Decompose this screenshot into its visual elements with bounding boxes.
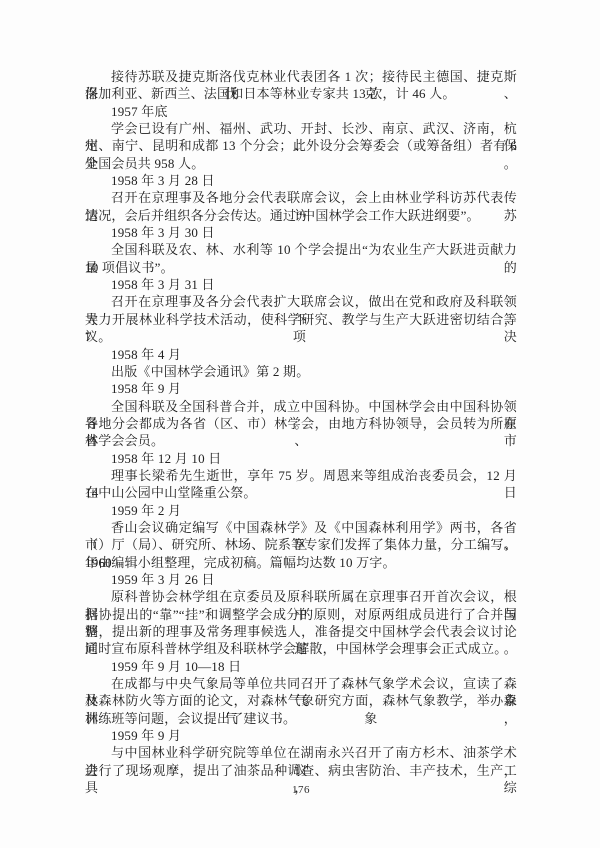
text-line: 大力开展林业科学技术活动，使科学研究、教学与生产大跃进密切结合等 7 项决 [85, 311, 517, 328]
text-line: 科协提出的“靠”“挂”和调整学会成分的原则，对原两组成员进行了合并与调 [85, 606, 517, 623]
paragraph: 香山会议确定编写《中国森林学》及《中国森林利用学》两书，各省（区、市）厅（局）、… [85, 519, 517, 571]
date-heading: 1958 年 3 月 31 日 [85, 276, 517, 293]
text-line: 理事长梁希先生逝世，享年 75 岁。周恩来等组成治丧委员会，12 月 14 日 [85, 467, 517, 484]
text-line: 整，提出新的理事及常务理事候选人，准备提交中国林学会代表会议讨论通过。 [85, 623, 517, 640]
paragraph: 接待苏联及捷克斯洛伐克林业代表团各 1 次；接待民主德国、捷克斯洛伐克、保加利亚… [85, 68, 517, 103]
date-heading: 1959 年 3 月 26 日 [85, 571, 517, 588]
date-heading: 1958 年 3 月 30 日 [85, 224, 517, 241]
text-line: 出版《中国林学会通讯》第 2 期。 [85, 363, 517, 380]
date-heading: 1958 年 3 月 28 日 [85, 172, 517, 189]
text-line: 保加利亚、新西兰、法国和日本等林业专家共 13 次，计 46 人。 [85, 85, 517, 102]
text-line: 情况，会后并组织各分会传达。通过“中国林学会工作大跃进纲要”。 [85, 207, 517, 224]
paragraph: 在成都与中央气象局等单位共同召开了森林气象学术会议，宣读了森林气象及森林防火等方… [85, 675, 517, 727]
page-number: 176 [85, 784, 517, 796]
text-line: 1958 年 9 月 [85, 380, 517, 397]
text-line: 1959 年 3 月 26 日 [85, 571, 517, 588]
text-line: 学会已设有广州、福州、武功、开封、长沙、南京、武汉、济南，杭州、保 [85, 120, 517, 137]
text-line: 定、南宁、昆明和成都 13 个分会；此外设分会筹委会（或筹备组）者有 6 处。 [85, 137, 517, 154]
paragraph: 召开在京理事及各地分会代表联席会议，会上由林业学科访苏代表传达访苏情况，会后并组… [85, 189, 517, 224]
text-line: 全国科联及全国科普合并，成立中国科协。中国林学会由中国科协领导。原 [85, 398, 517, 415]
text-line: 原科普协会林学组在京委员及原科联所属在京理事召开首次会议，根据中国 [85, 588, 517, 605]
date-heading: 1958 年 9 月 [85, 380, 517, 397]
text-line: 1959 年 2 月 [85, 502, 517, 519]
document-body: 接待苏联及捷克斯洛伐克林业代表团各 1 次；接待民主德国、捷克斯洛伐克、保加利亚… [85, 68, 517, 779]
text-line: 同时宣布原科普林学组及科联林学会解散，中国林学会理事会正式成立。 [85, 640, 517, 657]
text-line: 1959 年 9 月 10—18 日 [85, 658, 517, 675]
text-line: 召开在京理事及各分会代表扩大联席会议，做出在党和政府及科联领导下， [85, 293, 517, 310]
text-line: 香山会议确定编写《中国森林学》及《中国森林利用学》两书，各省（区、 [85, 519, 517, 536]
text-line: 及森林防火等方面的论文，对森林气象研究方面，森林气象教学，举办森林气象， [85, 692, 517, 709]
paragraph: 全国科联及全国科普合并，成立中国科协。中国林学会由中国科协领导。原各地分会都成为… [85, 398, 517, 450]
text-line: 接待苏联及捷克斯洛伐克林业代表团各 1 次；接待民主德国、捷克斯洛伐克、 [85, 68, 517, 85]
date-heading: 1958 年 4 月 [85, 346, 517, 363]
text-line: 1958 年 4 月 [85, 346, 517, 363]
paragraph: 原科普协会林学组在京委员及原科联所属在京理事召开首次会议，根据中国科协提出的“靠… [85, 588, 517, 657]
text-line: 年由编辑小组整理，完成初稿。篇幅均达数 10 万字。 [85, 554, 517, 571]
paragraph: 召开在京理事及各分会代表扩大联席会议，做出在党和政府及科联领导下，大力开展林业科… [85, 293, 517, 345]
text-line: 1958 年 3 月 28 日 [85, 172, 517, 189]
paragraph: 理事长梁希先生逝世，享年 75 岁。周恩来等组成治丧委员会，12 月 14 日在… [85, 467, 517, 502]
text-line: 召开在京理事及各地分会代表联席会议，会上由林业学科访苏代表传达访苏 [85, 189, 517, 206]
paragraph: 全国科联及农、林、水利等 10 个学会提出“为农业生产大跃进贡献力量的10 项倡… [85, 241, 517, 276]
text-line: 1958 年 12 月 10 日 [85, 450, 517, 467]
text-line: 全国科联及农、林、水利等 10 个学会提出“为农业生产大跃进贡献力量的 [85, 241, 517, 258]
text-line: 1959 年 9 月 [85, 727, 517, 744]
text-line: 在成都与中央气象局等单位共同召开了森林气象学术会议，宣读了森林气象 [85, 675, 517, 692]
text-line: 1958 年 3 月 31 日 [85, 276, 517, 293]
date-heading: 1959 年 2 月 [85, 502, 517, 519]
text-line: 各地分会都成为各省（区、市）林学会，由地方科协领导，会员转为所在省、市 [85, 415, 517, 432]
date-heading: 1959 年 9 月 [85, 727, 517, 744]
date-heading: 1959 年 9 月 10—18 日 [85, 658, 517, 675]
text-line: 进行了现场观摩，提出了油茶品种调查、病虫害防治、丰产技术，生产工具，综 [85, 762, 517, 779]
text-line: 市）厅（局）、研究所、林场、院系等专家们发挥了集体力量，分工编写。1960 [85, 536, 517, 553]
text-line: 1958 年 3 月 30 日 [85, 224, 517, 241]
paragraph: 与中国林业科学研究院等单位在湖南永兴召开了南方杉木、油茶学术会议，进行了现场观摩… [85, 744, 517, 779]
book-page: 接待苏联及捷克斯洛伐克林业代表团各 1 次；接待民主德国、捷克斯洛伐克、保加利亚… [0, 0, 600, 848]
text-line: 与中国林业科学研究院等单位在湖南永兴召开了南方杉木、油茶学术会议， [85, 744, 517, 761]
paragraph: 出版《中国林学会通讯》第 2 期。 [85, 363, 517, 380]
date-heading: 1958 年 12 月 10 日 [85, 450, 517, 467]
paragraph: 学会已设有广州、福州、武功、开封、长沙、南京、武汉、济南，杭州、保定、南宁、昆明… [85, 120, 517, 172]
text-line: 1957 年底 [85, 103, 517, 120]
date-heading: 1957 年底 [85, 103, 517, 120]
